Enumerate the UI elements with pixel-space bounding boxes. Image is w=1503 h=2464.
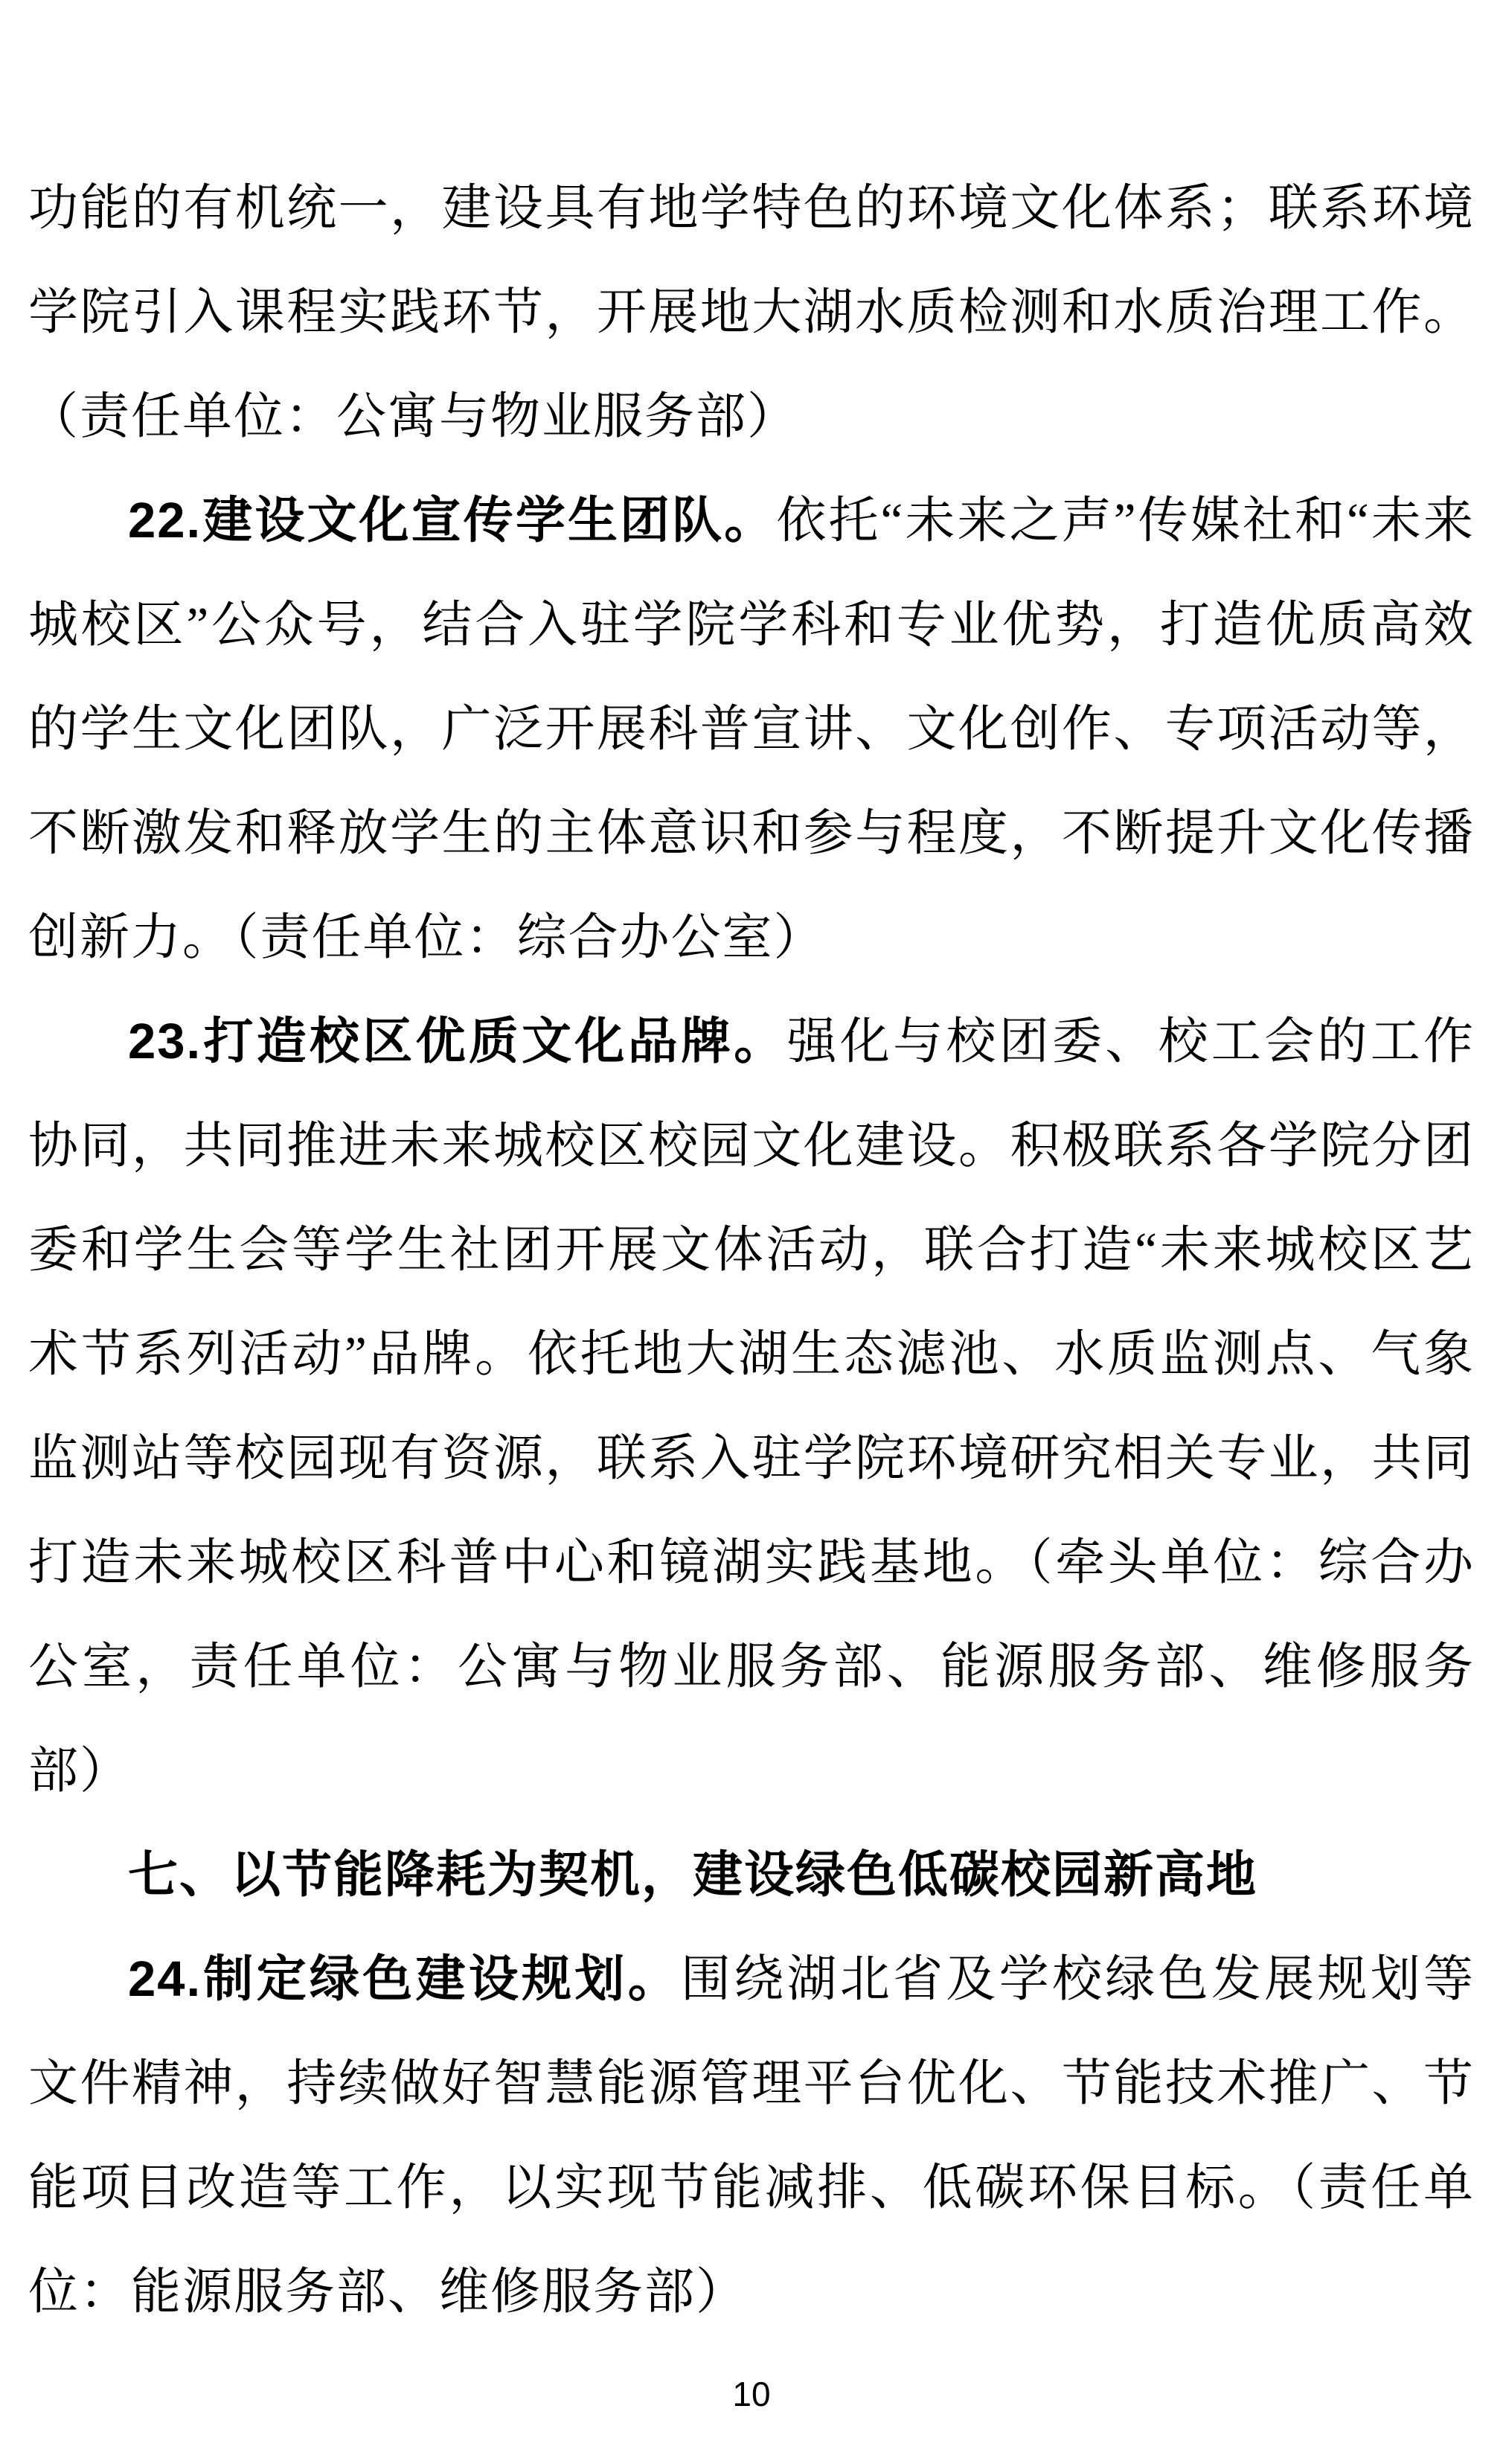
paragraph-text: 围绕湖北省及学校绿色发展规划等文件精神，持续做好智慧能源管理平台优化、节能技术推… — [28, 1952, 1475, 2320]
paragraph-lead: 22.建设文化宣传学生团队。 — [128, 493, 776, 548]
document-body: 功能的有机统一，建设具有地学特色的环境文化体系；联系环境学院引入课程实践环节，开… — [28, 156, 1475, 2344]
paragraph-text: 强化与校团委、校工会的工作协同，共同推进未来城校区校园文化建设。积极联系各学院分… — [28, 1014, 1475, 1799]
paragraph-item-22: 22.建设文化宣传学生团队。依托“未来之声”传媒社和“未来城校区”公众号，结合入… — [28, 469, 1475, 990]
page-number: 10 — [0, 2375, 1503, 2413]
paragraph-lead: 24.制定绿色建设规划。 — [128, 1951, 681, 2007]
paragraph-text: 功能的有机统一，建设具有地学特色的环境文化体系；联系环境学院引入课程实践环节，开… — [28, 181, 1475, 444]
paragraph-continuation-item-21: 功能的有机统一，建设具有地学特色的环境文化体系；联系环境学院引入课程实践环节，开… — [28, 156, 1475, 469]
paragraph-lead: 23.打造校区优质文化品牌。 — [128, 1014, 787, 1069]
paragraph-item-24: 24.制定绿色建设规划。围绕湖北省及学校绿色发展规划等文件精神，持续做好智慧能源… — [28, 1927, 1475, 2344]
paragraph-text: 依托“未来之声”传媒社和“未来城校区”公众号，结合入驻学院学科和专业优势，打造优… — [28, 493, 1475, 965]
paragraph-item-23: 23.打造校区优质文化品牌。强化与校团委、校工会的工作协同，共同推进未来城校区校… — [28, 990, 1475, 1823]
document-page: 功能的有机统一，建设具有地学特色的环境文化体系；联系环境学院引入课程实践环节，开… — [0, 0, 1503, 2464]
section-heading-7: 七、以节能降耗为契机，建设绿色低碳校园新高地 — [28, 1823, 1475, 1927]
